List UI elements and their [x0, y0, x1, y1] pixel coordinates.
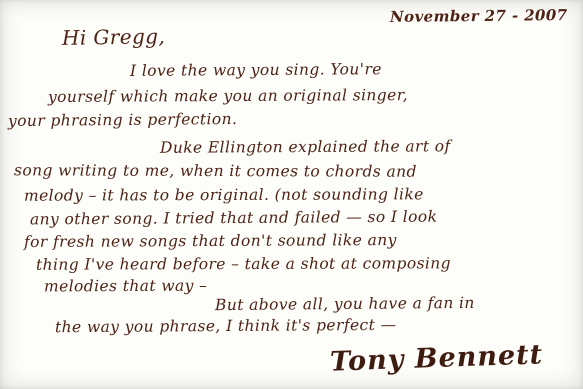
letter-line: But above all, you have a fan in	[215, 295, 475, 314]
letter-greeting: Hi Gregg,	[62, 25, 166, 49]
letter-line: thing I've heard before – take a shot at…	[36, 255, 451, 273]
letter-line: your phrasing is perfection.	[8, 111, 237, 130]
letter-paper: November 27 - 2007 Hi Gregg, I love the …	[0, 0, 583, 389]
letter-line: any other song. I tried that and failed …	[30, 209, 437, 229]
letter-line: Duke Ellington explained the art of	[160, 138, 451, 157]
letter-signature: Tony Bennett	[330, 340, 544, 377]
letter-line: I love the way you sing. You're	[130, 61, 382, 80]
letter-line: song writing to me, when it comes to cho…	[14, 162, 417, 180]
letter-line: for fresh new songs that don't sound lik…	[24, 232, 397, 251]
letter-date: November 27 - 2007	[389, 7, 567, 25]
letter-line: yourself which make you an original sing…	[48, 87, 408, 106]
letter-line: melodies that way –	[44, 278, 207, 296]
letter-line: melody – it has to be original. (not sou…	[24, 186, 424, 204]
letter-line: the way you phrase, I think it's perfect…	[55, 317, 397, 336]
